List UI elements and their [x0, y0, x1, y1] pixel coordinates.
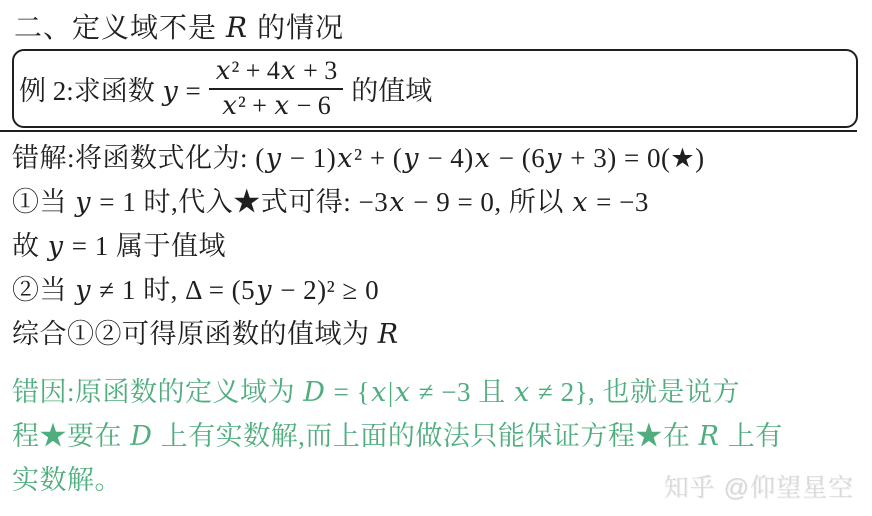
- example-problem-prefix: 例 2:求函数 y =: [19, 69, 201, 108]
- math-notes-page: 二、定义域不是 R 的情况 例 2:求函数 y = x² + 4x + 3 x²…: [0, 0, 872, 516]
- solution-body: 错解:将函数式化为: (y − 1)x² + (y − 4)x − (6y + …: [12, 136, 864, 502]
- horizontal-divider: [0, 130, 857, 132]
- fraction-numerator: x² + 4x + 3: [209, 57, 343, 90]
- example-problem-box: 例 2:求函数 y = x² + 4x + 3 x² + x − 6 的值域: [12, 49, 858, 128]
- solution-line: ②当 y ≠ 1 时, Δ = (5y − 2)² ≥ 0: [12, 268, 864, 312]
- fraction-denominator: x² + x − 6: [215, 90, 336, 121]
- solution-line: 综合①②可得原函数的值域为 R: [12, 312, 864, 356]
- example-problem-suffix: 的值域: [351, 69, 432, 108]
- fraction: x² + 4x + 3 x² + x − 6: [209, 57, 343, 120]
- solution-line: ①当 y = 1 时,代入★式可得: −3x − 9 = 0, 所以 x = −…: [12, 180, 864, 224]
- error-reason-line: 程★要在 D 上有实数解,而上面的做法只能保证方程★在 R 上有: [12, 414, 864, 458]
- zhihu-watermark: 知乎 @仰望星空: [664, 468, 854, 504]
- error-reason-line: 错因:原函数的定义域为 D = {x|x ≠ −3 且 x ≠ 2}, 也就是说…: [12, 370, 864, 414]
- section-title: 二、定义域不是 R 的情况: [14, 6, 344, 46]
- solution-line: 错解:将函数式化为: (y − 1)x² + (y − 4)x − (6y + …: [12, 136, 864, 180]
- wrong-solution-block: 错解:将函数式化为: (y − 1)x² + (y − 4)x − (6y + …: [12, 136, 864, 356]
- solution-line: 故 y = 1 属于值域: [12, 224, 864, 268]
